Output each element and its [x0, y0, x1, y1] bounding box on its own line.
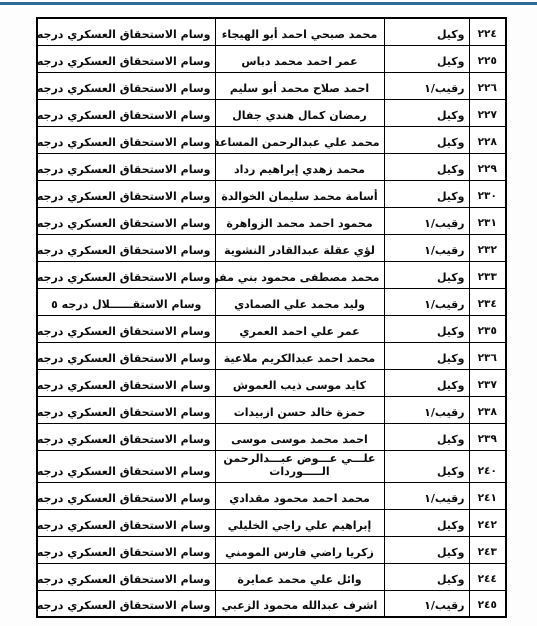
table-row: ٢٣٧ وكيل كايد موسى ذيب العموش وسام الاست… [37, 369, 506, 396]
award-cell: وسام الاستحقاق العسكري درجه ٥ [37, 423, 215, 450]
name-cell: رمضان كمال هندي جفال [215, 99, 384, 126]
name-cell: وليد محمد علي الصمادي [215, 288, 384, 315]
table-row: ٢٣٢ رقيب/١ لؤي عقلة عبدالقادر النشوية وس… [37, 234, 506, 261]
serial-cell: ٢٣٠ [469, 180, 506, 207]
serial-cell: ٢٤٣ [469, 536, 506, 563]
name-cell: أسامة محمد سليمان الخوالدة [215, 180, 384, 207]
award-cell: وسام الاستحقاق العسكري درجه ٥ [37, 590, 215, 617]
serial-cell: ٢٣٥ [469, 315, 506, 342]
table-row: ٢٣٥ وكيل عمر علي احمد العمري وسام الاستح… [37, 315, 506, 342]
name-cell: محمد صبحي احمد أبو الهيجاء [215, 18, 384, 45]
name-cell: احمد صلاح محمد أبو سليم [215, 72, 384, 99]
table-row: ٢٢٥ وكيل عمر احمد محمد دباس وسام الاستحق… [37, 45, 506, 72]
serial-cell: ٢٤١ [469, 482, 506, 509]
table-row: ٢٤١ رقيب/١ محمد احمد محمود مقدادي وسام ا… [37, 482, 506, 509]
rank-cell: رقيب/١ [384, 234, 469, 261]
rank-cell: وكيل [384, 536, 469, 563]
award-cell: وسام الاستحقاق العسكري درجه ٥ [37, 482, 215, 509]
award-cell: وسام الاستحقاق العسكري درجه ٥ [37, 126, 215, 153]
award-cell: وسام الاستحقاق العسكري درجه ٥ [37, 563, 215, 590]
rank-cell: وكيل [384, 563, 469, 590]
serial-cell: ٢٢٦ [469, 72, 506, 99]
awards-table-body: ٢٢٤ وكيل محمد صبحي احمد أبو الهيجاء وسام… [37, 18, 506, 617]
rank-cell: وكيل [384, 180, 469, 207]
serial-cell: ٢٣٣ [469, 261, 506, 288]
table-row: ٢٢٨ وكيل محمد علي عبدالرحمن المساعفة وسا… [37, 126, 506, 153]
table-row: ٢٤٥ رقيب/١ اشرف عبدالله محمود الزعبي وسا… [37, 590, 506, 617]
name-cell: عمر علي احمد العمري [215, 315, 384, 342]
rank-cell: وكيل [384, 18, 469, 45]
table-row: ٢٣٠ وكيل أسامة محمد سليمان الخوالدة وسام… [37, 180, 506, 207]
rank-cell: وكيل [384, 342, 469, 369]
name-cell: اشرف عبدالله محمود الزعبي [215, 590, 384, 617]
rank-cell: رقيب/١ [384, 482, 469, 509]
rank-cell: وكيل [384, 450, 469, 482]
award-cell: وسام الاستحقاق العسكري درجه ٥ [37, 207, 215, 234]
serial-cell: ٢٢٨ [469, 126, 506, 153]
award-cell: وسام الاستحقاق العسكري درجه ٥ [37, 45, 215, 72]
award-cell: وسام الاستحقاق العسكري درجه ٥ [37, 234, 215, 261]
rank-cell: وكيل [384, 261, 469, 288]
table-row: ٢٢٤ وكيل محمد صبحي احمد أبو الهيجاء وسام… [37, 18, 506, 45]
name-cell: لؤي عقلة عبدالقادر النشوية [215, 234, 384, 261]
name-cell: محمد زهدي إبراهيم رداد [215, 153, 384, 180]
rank-cell: وكيل [384, 423, 469, 450]
name-cell: محمد احمد محمود مقدادي [215, 482, 384, 509]
name-cell: إبراهيم علي راجي الخليلي [215, 509, 384, 536]
award-cell: وسام الاستحقاق العسكري درجه ٥ [37, 342, 215, 369]
name-cell: كايد موسى ذيب العموش [215, 369, 384, 396]
serial-cell: ٢٢٥ [469, 45, 506, 72]
table-row: ٢٤٢ وكيل إبراهيم علي راجي الخليلي وسام ا… [37, 509, 506, 536]
name-cell: محمد مصطفى محمود بني مفرج [215, 261, 384, 288]
serial-cell: ٢٣٦ [469, 342, 506, 369]
name-cell: محمود احمد محمد الزواهرة [215, 207, 384, 234]
name-cell: احمد محمد موسى موسى [215, 423, 384, 450]
table-row: ٢٢٧ وكيل رمضان كمال هندي جفال وسام الاست… [37, 99, 506, 126]
serial-cell: ٢٣٧ [469, 369, 506, 396]
table-row: ٢٣٣ وكيل محمد مصطفى محمود بني مفرج وسام … [37, 261, 506, 288]
award-cell: وسام الاستحقاق العسكري درجه ٥ [37, 450, 215, 482]
award-cell: وسام الاستحقاق العسكري درجه ٥ [37, 99, 215, 126]
award-cell: وسام الاستحقاق العسكري درجه ٥ [37, 18, 215, 45]
rank-cell: رقيب/١ [384, 396, 469, 423]
award-cell: وسام الاستحقاق العسكري درجه ٥ [37, 315, 215, 342]
award-cell: وسام الاستحقاق العسكري درجه ٥ [37, 180, 215, 207]
award-cell: وسام الاستحقاق العسكري درجه ٥ [37, 369, 215, 396]
serial-cell: ٢٤٢ [469, 509, 506, 536]
serial-cell: ٢٣١ [469, 207, 506, 234]
table-row: ٢٤٣ وكيل زكريا راضي فارس المومني وسام ال… [37, 536, 506, 563]
name-cell: عمر احمد محمد دباس [215, 45, 384, 72]
table-row: ٢٣٩ وكيل احمد محمد موسى موسى وسام الاستح… [37, 423, 506, 450]
name-cell: محمد علي عبدالرحمن المساعفة [215, 126, 384, 153]
name-cell: علـــي عـــوض عبـــدالرحمن الـــــوردات [215, 450, 384, 482]
rank-cell: وكيل [384, 153, 469, 180]
name-cell: زكريا راضي فارس المومني [215, 536, 384, 563]
table-row: ٢٢٦ رقيب/١ احمد صلاح محمد أبو سليم وسام … [37, 72, 506, 99]
award-cell: وسام الاستحقاق العسكري درجه ٥ [37, 72, 215, 99]
serial-cell: ٢٣٢ [469, 234, 506, 261]
award-cell: وسام الاستحقاق العسكري درجه ٥ [37, 509, 215, 536]
serial-cell: ٢٣٩ [469, 423, 506, 450]
award-cell: وسام الاستحقاق العسكري درجه ٥ [37, 536, 215, 563]
document-page: ٢٢٤ وكيل محمد صبحي احمد أبو الهيجاء وسام… [0, 0, 537, 626]
rank-cell: رقيب/١ [384, 72, 469, 99]
award-cell: وسام الاستحقاق العسكري درجه ٥ [37, 261, 215, 288]
serial-cell: ٢٣٨ [469, 396, 506, 423]
table-row: ٢٤٠ وكيل علـــي عـــوض عبـــدالرحمن الــ… [37, 450, 506, 482]
award-cell: وسام الاستحقاق العسكري درجه ٥ [37, 153, 215, 180]
table-row: ٢٣٤ رقيب/١ وليد محمد علي الصمادي وسام ال… [37, 288, 506, 315]
rank-cell: وكيل [384, 45, 469, 72]
rank-cell: رقيب/١ [384, 590, 469, 617]
rank-cell: وكيل [384, 369, 469, 396]
rank-cell: رقيب/١ [384, 288, 469, 315]
serial-cell: ٢٤٥ [469, 590, 506, 617]
rank-cell: وكيل [384, 126, 469, 153]
award-cell: وسام الاستحقاق العسكري درجه ٥ [37, 396, 215, 423]
serial-cell: ٢٢٧ [469, 99, 506, 126]
table-row: ٢٣٨ رقيب/١ حمزة خالد حسن ازبيدات وسام ال… [37, 396, 506, 423]
rank-cell: رقيب/١ [384, 207, 469, 234]
name-cell: وائل علي محمد عمايرة [215, 563, 384, 590]
award-cell: وسام الاستقــــــلال درجه ٥ [37, 288, 215, 315]
serial-cell: ٢٢٩ [469, 153, 506, 180]
serial-cell: ٢٤٠ [469, 450, 506, 482]
name-cell: حمزة خالد حسن ازبيدات [215, 396, 384, 423]
rank-cell: وكيل [384, 509, 469, 536]
table-row: ٢٣٦ وكيل محمد احمد عبدالكريم ملاعية وسام… [37, 342, 506, 369]
rank-cell: وكيل [384, 315, 469, 342]
rank-cell: وكيل [384, 99, 469, 126]
name-cell: محمد احمد عبدالكريم ملاعية [215, 342, 384, 369]
table-row: ٢٢٩ وكيل محمد زهدي إبراهيم رداد وسام الا… [37, 153, 506, 180]
awards-table: ٢٢٤ وكيل محمد صبحي احمد أبو الهيجاء وسام… [36, 17, 507, 618]
table-row: ٢٤٤ وكيل وائل علي محمد عمايرة وسام الاست… [37, 563, 506, 590]
serial-cell: ٢٤٤ [469, 563, 506, 590]
table-row: ٢٣١ رقيب/١ محمود احمد محمد الزواهرة وسام… [37, 207, 506, 234]
top-accent-bar [0, 2, 537, 5]
serial-cell: ٢٢٤ [469, 18, 506, 45]
serial-cell: ٢٣٤ [469, 288, 506, 315]
